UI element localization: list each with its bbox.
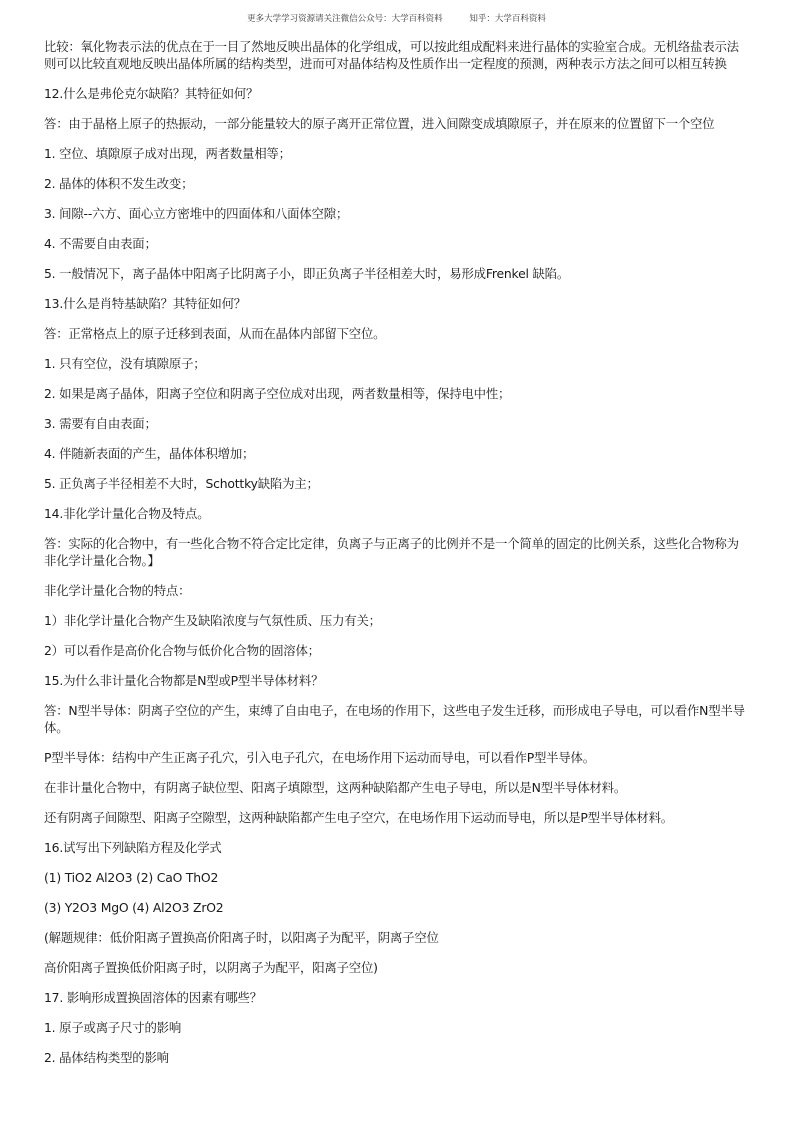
frenkel-point-1: 1. 空位、填隙原子成对出现，两者数量相等； bbox=[44, 145, 750, 162]
frenkel-point-5: 5. 一般情况下，离子晶体中阳离子比阴离子小，即正负离子半径相差大时，易形成Fr… bbox=[44, 265, 750, 282]
answer-15-p-summary: 还有阴离子间隙型、阳离子空隙型，这两种缺陷都产生电子空穴，在电场作用下运动而导电… bbox=[44, 809, 750, 826]
document-body: 比较：氧化物表示法的优点在于一目了然地反映出晶体的化学组成，可以按此组成配料来进… bbox=[44, 38, 750, 1079]
nonstoichiometric-feature-2: 2）可以看作是高价化合物与低价化合物的固溶体； bbox=[44, 642, 750, 659]
question-12-heading: 12.什么是弗伦克尔缺陷？其特征如何？ bbox=[44, 85, 750, 102]
nonstoichiometric-features-label: 非化学计量化合物的特点： bbox=[44, 582, 750, 599]
answer-14: 答：实际的化合物中，有一些化合物不符合定比定律，负离子与正离子的比例并不是一个简… bbox=[44, 535, 750, 569]
answer-15-p-type: P型半导体：结构中产生正离子孔穴，引入电子孔穴，在电场作用下运动而导电，可以看作… bbox=[44, 749, 750, 766]
question-15-heading: 15.为什么非计量化合物都是N型或P型半导体材料？ bbox=[44, 672, 750, 689]
question-16-heading: 16.试写出下列缺陷方程及化学式 bbox=[44, 839, 750, 856]
schottky-point-1: 1. 只有空位，没有填隙原子； bbox=[44, 355, 750, 372]
answer-15-n-type: 答：N型半导体：阴离子空位的产生，束缚了自由电子，在电场的作用下，这些电子发生迁… bbox=[44, 702, 750, 736]
header-zhihu-note: 知乎：大学百科资料 bbox=[469, 14, 546, 24]
factor-1: 1. 原子或离子尺寸的影响 bbox=[44, 1019, 750, 1036]
question-13-heading: 13.什么是肖特基缺陷？其特征如何？ bbox=[44, 295, 750, 312]
header-wechat-note: 更多大学学习资源请关注微信公众号：大学百科资料 bbox=[247, 14, 443, 24]
page-header: 更多大学学习资源请关注微信公众号：大学百科资料 知乎：大学百科资料 bbox=[0, 12, 793, 24]
comparison-paragraph: 比较：氧化物表示法的优点在于一目了然地反映出晶体的化学组成，可以按此组成配料来进… bbox=[44, 38, 750, 72]
solution-rule-2: 高价阳离子置换低价阳离子时，以阴离子为配平，阳离子空位) bbox=[44, 959, 750, 976]
schottky-point-5: 5. 正负离子半径相差不大时，Schottky缺陷为主； bbox=[44, 475, 750, 492]
answer-15-n-summary: 在非计量化合物中，有阴离子缺位型、阳离子填隙型，这两种缺陷都产生电子导电，所以是… bbox=[44, 779, 750, 796]
schottky-point-2: 2. 如果是离子晶体，阳离子空位和阴离子空位成对出现，两者数量相等，保持电中性； bbox=[44, 385, 750, 402]
frenkel-point-2: 2. 晶体的体积不发生改变； bbox=[44, 175, 750, 192]
frenkel-point-3: 3. 间隙--六方、面心立方密堆中的四面体和八面体空隙； bbox=[44, 205, 750, 222]
factor-2: 2. 晶体结构类型的影响 bbox=[44, 1049, 750, 1066]
schottky-point-4: 4. 伴随新表面的产生，晶体体积增加； bbox=[44, 445, 750, 462]
answer-13: 答：正常格点上的原子迁移到表面，从而在晶体内部留下空位。 bbox=[44, 325, 750, 342]
answer-12: 答：由于晶格上原子的热振动，一部分能量较大的原子离开正常位置，进入间隙变成填隙原… bbox=[44, 115, 750, 132]
nonstoichiometric-feature-1: 1）非化学计量化合物产生及缺陷浓度与气氛性质、压力有关； bbox=[44, 612, 750, 629]
frenkel-point-4: 4. 不需要自由表面； bbox=[44, 235, 750, 252]
schottky-point-3: 3. 需要有自由表面； bbox=[44, 415, 750, 432]
question-16-items-1-2: (1) TiO2 Al2O3 (2) CaO ThO2 bbox=[44, 869, 750, 886]
question-14-heading: 14.非化学计量化合物及特点。 bbox=[44, 505, 750, 522]
solution-rule-1: (解题规律：低价阳离子置换高价阳离子时，以阳离子为配平，阴离子空位 bbox=[44, 929, 750, 946]
question-16-items-3-4: (3) Y2O3 MgO (4) Al2O3 ZrO2 bbox=[44, 899, 750, 916]
question-17-heading: 17. 影响形成置换固溶体的因素有哪些？ bbox=[44, 989, 750, 1006]
